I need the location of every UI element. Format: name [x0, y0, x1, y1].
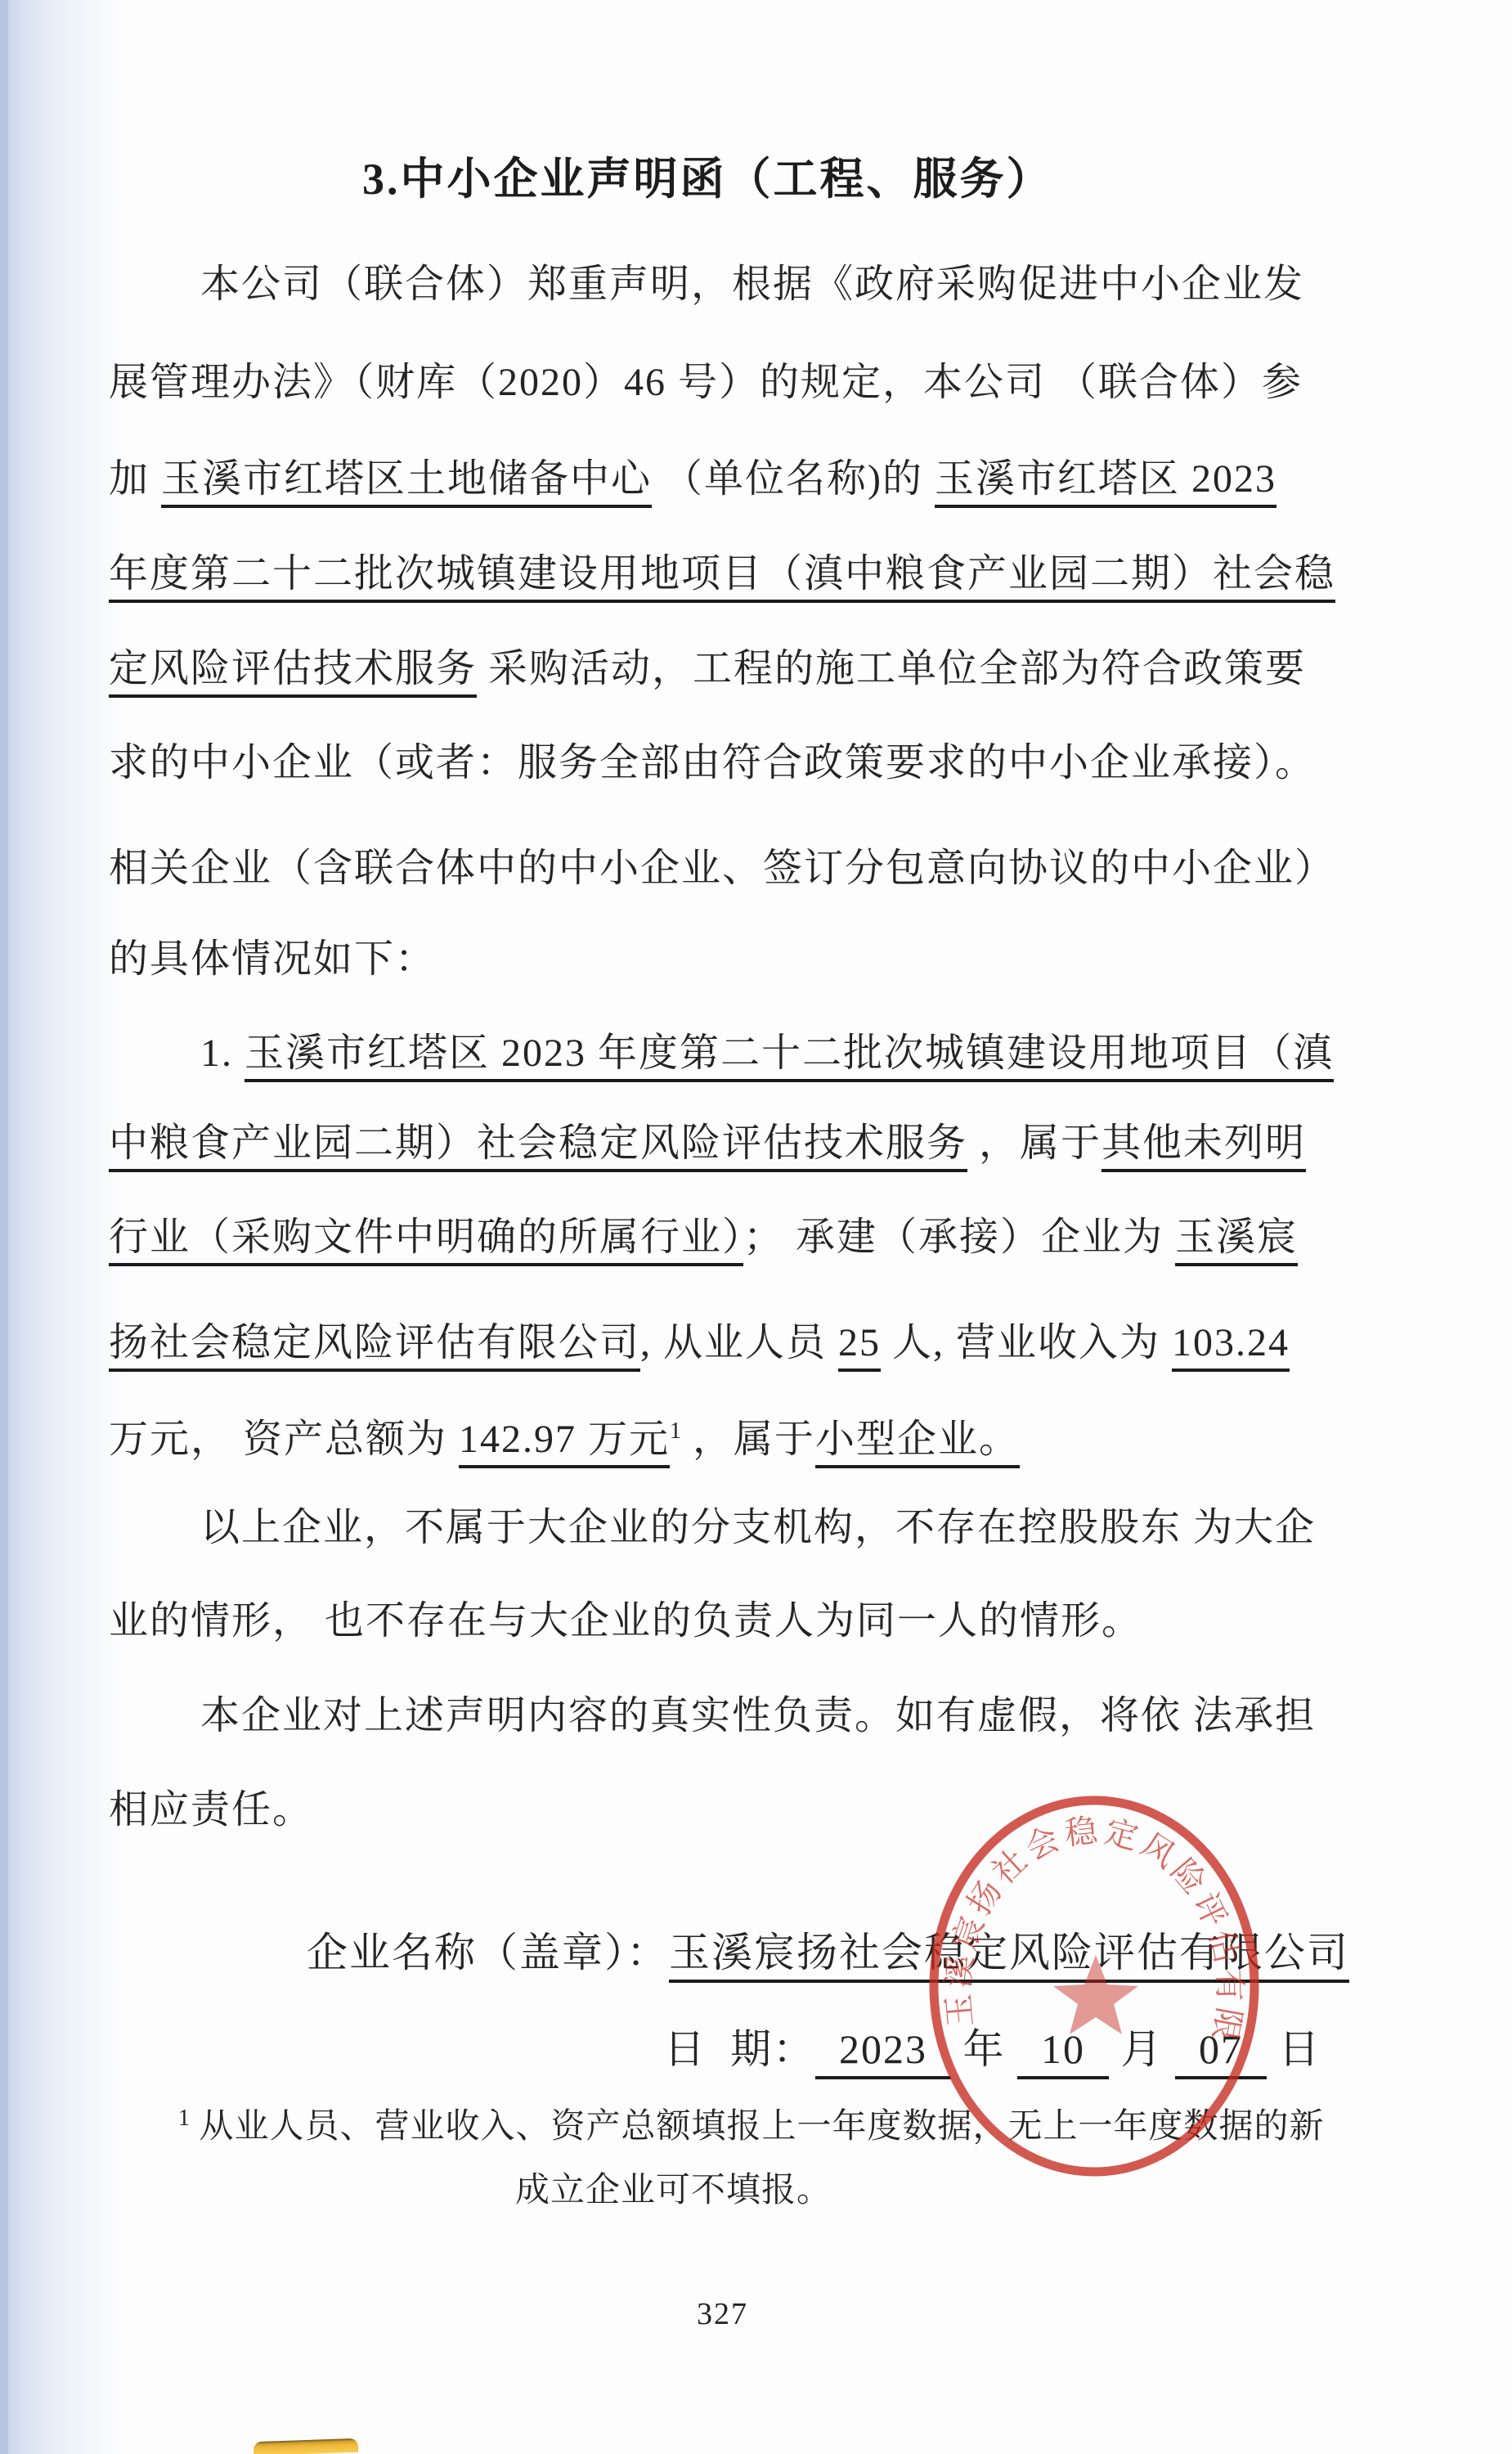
year-unit: 年 — [951, 2026, 1017, 2072]
footnote-text: 从业人员、营业收入、资产总额填报上一年度数据，无上一年度数据的新 — [190, 2108, 1325, 2146]
underlined-project-name: 玉溪市红塔区 2023 年度第二十二批次城镇建设用地项目（滇 — [245, 1031, 1334, 1082]
text-segment: 万元， 资产总额为 — [109, 1418, 459, 1461]
list-item-number: 1. — [200, 1031, 245, 1075]
body-line: 的具体情况如下： — [109, 935, 436, 984]
underlined-employee-count: 25 — [838, 1321, 881, 1372]
body-line: 以上企业，不属于大企业的分支机构，不存在控股股东 为大企 — [200, 1503, 1316, 1553]
body-line: 展管理办法》（财库（2020）46 号）的规定，本公司 （联合体）参 — [109, 358, 1303, 407]
text-segment: 人, 营业收入为 — [881, 1321, 1172, 1364]
body-line: 求的中小企业（或者：服务全部由符合政策要求的中小企业承接）。 — [109, 739, 1316, 788]
underlined-purchaser-name: 玉溪市红塔区土地储备中心 — [161, 457, 652, 508]
body-line: 1. 玉溪市红塔区 2023 年度第二十二批次城镇建设用地项目（滇 — [200, 1029, 1334, 1078]
footnote-line: 成立企业可不填报。 — [515, 2169, 832, 2213]
text-segment: 采购活动，工程的施工单位全部为符合政策要 — [477, 647, 1306, 690]
body-line: 定风险评估技术服务 采购活动，工程的施工单位全部为符合政策要 — [109, 645, 1306, 694]
day-unit: 日 — [1267, 2026, 1321, 2072]
body-line: 年度第二十二批次城镇建设用地项目（滇中粮食产业园二期）社会稳 — [109, 550, 1335, 599]
text-segment: 相关企业（含联合体中的中小企业、签订分包意向协议的中小企业） — [109, 847, 1335, 890]
body-line: 中粮食产业园二期）社会稳定风险评估技术服务 ，属于其他未列明 — [109, 1119, 1306, 1168]
body-line: 本公司（联合体）郑重声明，根据《政府采购促进中小企业发 — [200, 260, 1304, 309]
text-segment: 业的情形， 也不存在与大企业的负责人为同一人的情形。 — [109, 1599, 1142, 1643]
seal-arc-text: 玉溪宸扬社会稳定风险评估有限公司 — [906, 1782, 1249, 2047]
company-name-line: 企业名称（盖章）：玉溪宸扬社会稳定风险评估有限公司 — [307, 1927, 1349, 1979]
underlined-project-name: 中粮食产业园二期）社会稳定风险评估技术服务 — [109, 1121, 967, 1172]
text-segment: 相应责任。 — [109, 1788, 313, 1832]
text-segment: 本公司（联合体）郑重声明，根据《政府采购促进中小企业发 — [200, 263, 1304, 306]
date-line: 日 期： 2023 年 10 月 07 日 — [664, 2024, 1321, 2075]
underlined-project-name: 定风险评估技术服务 — [109, 647, 477, 698]
footnote-text: 成立企业可不填报。 — [515, 2172, 832, 2209]
text-segment: （单位名称)的 — [652, 457, 935, 501]
page-title: 3.中小企业声明函（工程、服务） — [362, 152, 1053, 208]
month-unit: 月 — [1109, 2026, 1175, 2072]
footnote-line: 1 从业人员、营业收入、资产总额填报上一年度数据，无上一年度数据的新 — [178, 2104, 1325, 2149]
text-segment: 展管理办法》（财库（2020）46 号）的规定，本公司 （联合体）参 — [109, 361, 1303, 404]
underlined-day: 07 — [1175, 2026, 1267, 2079]
page-bottom-artifact — [253, 2438, 359, 2454]
underlined-enterprise-size: 小型企业。 — [815, 1418, 1020, 1468]
company-name-label: 企业名称（盖章）： — [307, 1930, 669, 1975]
underlined-industry: 其他未列明 — [1101, 1121, 1306, 1172]
underlined-contractor-name: 扬社会稳定风险评估有限公司 — [109, 1321, 640, 1372]
seal-company-name: 玉溪宸扬社会稳定风险评估有限公司 — [906, 1782, 1249, 2047]
underlined-contractor-name: 玉溪宸 — [1175, 1216, 1298, 1266]
underlined-project-name: 年度第二十二批次城镇建设用地项目（滇中粮食产业园二期）社会稳 — [109, 552, 1335, 603]
text-segment: 本企业对上述声明内容的真实性负责。如有虚假，将依 法承担 — [200, 1694, 1316, 1737]
body-line: 加 玉溪市红塔区土地储备中心 （单位名称)的 玉溪市红塔区 2023 — [109, 455, 1276, 504]
text-segment: ； 承建（承接）企业为 — [743, 1216, 1175, 1259]
date-label: 日 期： — [664, 2026, 815, 2072]
body-line: 行业（采购文件中明确的所属行业）； 承建（承接）企业为 玉溪宸 — [109, 1213, 1298, 1262]
body-line: 扬社会稳定风险评估有限公司, 从业人员 25 人, 营业收入为 103.24 — [109, 1319, 1290, 1368]
body-line: 业的情形， 也不存在与大企业的负责人为同一人的情形。 — [109, 1597, 1142, 1646]
body-line: 相关企业（含联合体中的中小企业、签订分包意向协议的中小企业） — [109, 844, 1335, 893]
footnote-marker: 1 — [178, 2106, 190, 2131]
text-segment: 加 — [109, 457, 161, 501]
underlined-project-name: 玉溪市红塔区 2023 — [935, 457, 1276, 508]
body-line: 万元， 资产总额为 142.97 万元1 ，属于小型企业。 — [109, 1415, 1020, 1464]
text-segment: , 从业人员 — [640, 1321, 838, 1364]
text-segment: ，属于 — [681, 1418, 815, 1461]
text-segment: ，属于 — [967, 1121, 1101, 1165]
underlined-year: 2023 — [815, 2026, 951, 2079]
underlined-total-assets: 142.97 万元 — [459, 1418, 670, 1468]
underlined-industry: 行业（采购文件中明确的所属行业） — [109, 1216, 743, 1266]
text-segment: 的具体情况如下： — [109, 937, 436, 981]
footnote-reference-mark: 1 — [670, 1418, 681, 1444]
body-line: 本企业对上述声明内容的真实性负责。如有虚假，将依 法承担 — [200, 1692, 1316, 1741]
page-number: 327 — [697, 2295, 748, 2335]
body-line: 相应责任。 — [109, 1786, 313, 1835]
text-segment: 以上企业，不属于大企业的分支机构，不存在控股股东 为大企 — [200, 1506, 1316, 1549]
document-page: 3.中小企业声明函（工程、服务） 本公司（联合体）郑重声明，根据《政府采购促进中… — [0, 0, 1512, 2454]
text-segment: 求的中小企业（或者：服务全部由符合政策要求的中小企业承接）。 — [109, 741, 1316, 784]
underlined-month: 10 — [1017, 2026, 1109, 2079]
underlined-revenue: 103.24 — [1172, 1321, 1290, 1372]
underlined-company-name: 玉溪宸扬社会稳定风险评估有限公司 — [669, 1930, 1349, 1983]
